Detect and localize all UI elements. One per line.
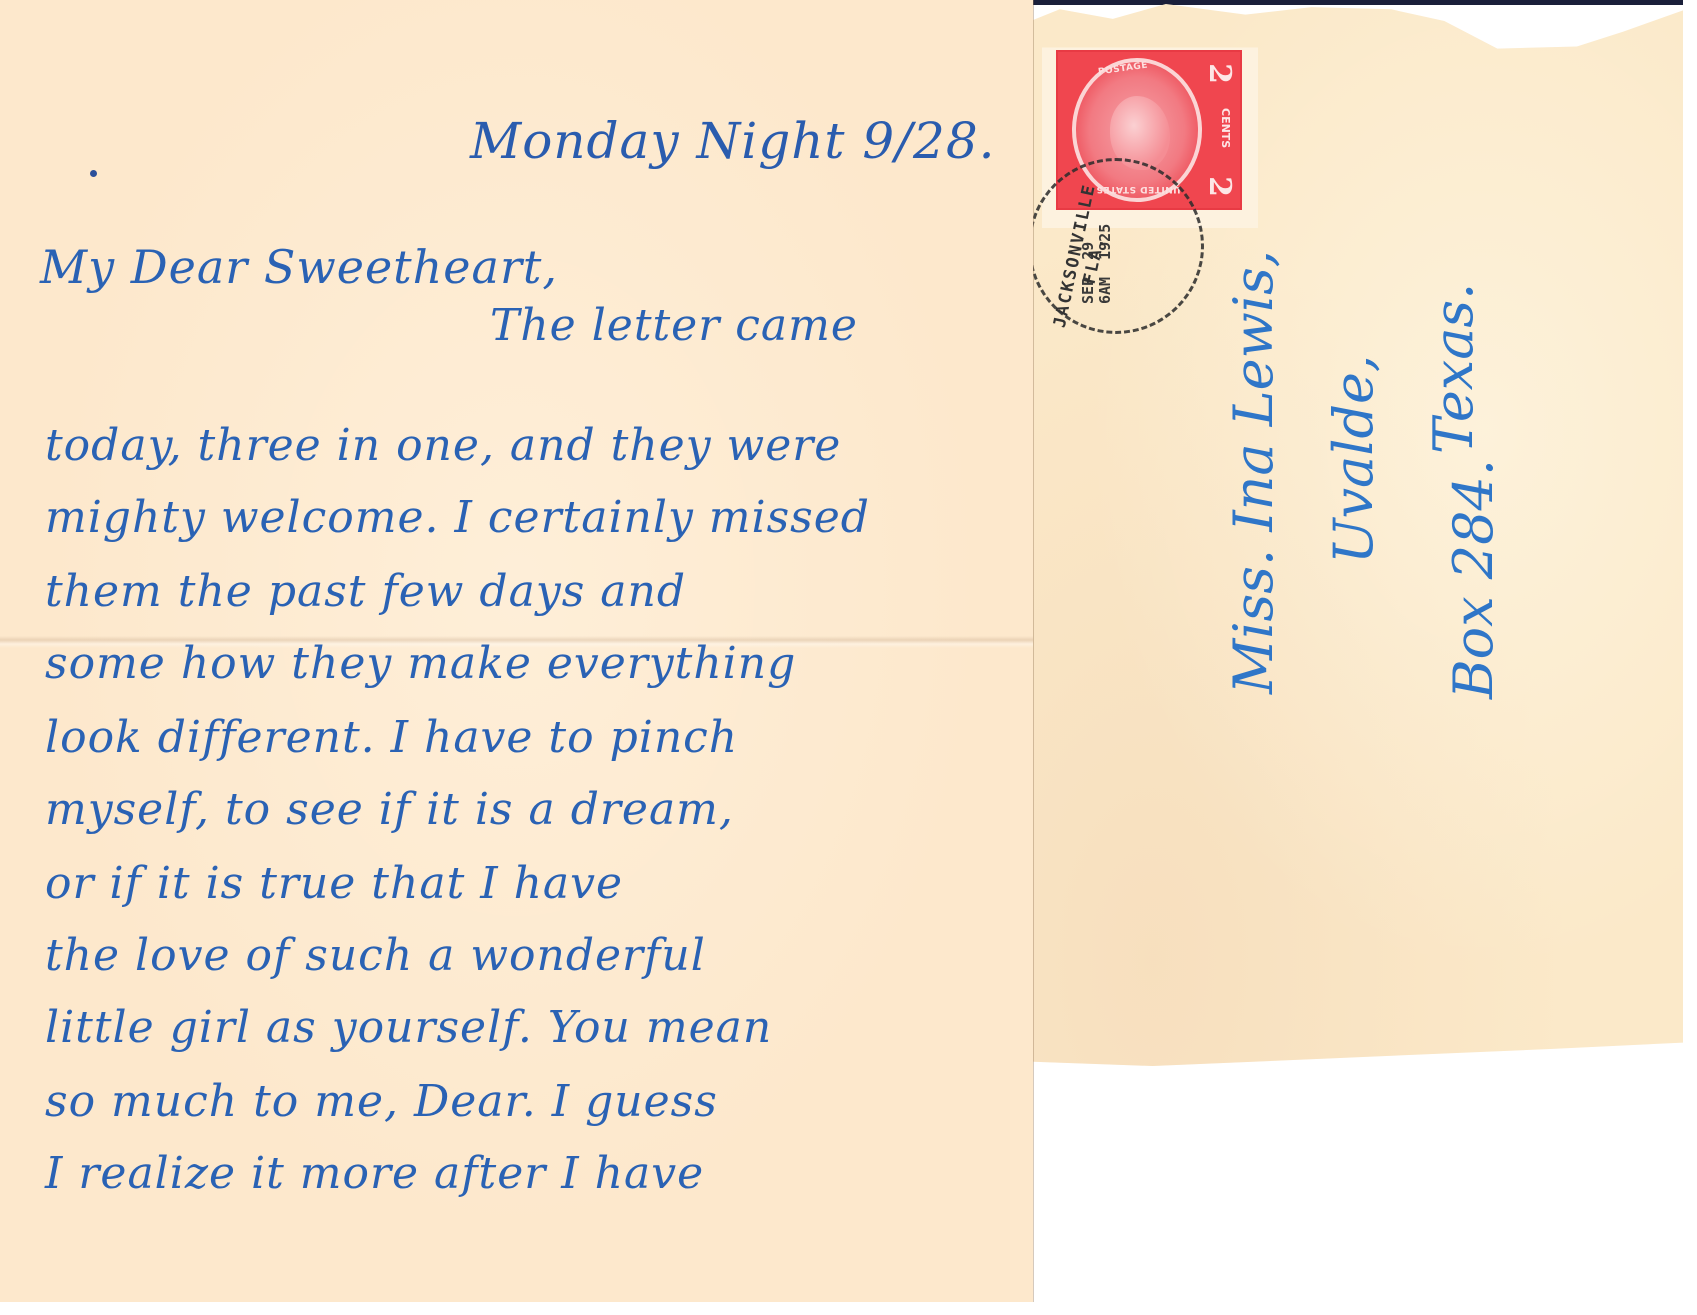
letter-line: or if it is true that I have [45, 858, 623, 909]
letter-line: some how they make everything [45, 638, 796, 689]
letter-line: the love of such a wonderful [45, 930, 706, 981]
letter-line: them the past few days and [45, 566, 686, 617]
letter-line: The letter came [490, 300, 858, 351]
stamp-denomination-top: 2 [1202, 63, 1237, 84]
address-box: Box 284. [1442, 459, 1505, 699]
mailing-address: Miss. Ina Lewis, Uvalde, Texas. Box 284. [1212, 154, 1642, 814]
address-city: Uvalde, [1322, 355, 1385, 564]
stamp-cents-label: CENTS [1212, 108, 1232, 158]
letter-line: I realize it more after I have [45, 1148, 704, 1199]
letter-date: Monday Night 9/28. [470, 112, 996, 170]
letter-line: myself, to see if it is a dream, [45, 784, 734, 835]
address-state: Texas. [1422, 283, 1485, 454]
letter-line: today, three in one, and they were [45, 420, 841, 471]
ink-dot [90, 170, 97, 177]
letter-line: so much to me, Dear. I guess [45, 1076, 718, 1127]
letter-line: little girl as yourself. You mean [45, 1002, 772, 1053]
envelope: POSTAGE UNITED STATES 2 CENTS 2 SEP 29 6… [1020, 4, 1683, 1066]
letter-line: look different. I have to pinch [45, 712, 738, 763]
letter-line: mighty welcome. I certainly missed [45, 492, 870, 543]
address-name: Miss. Ina Lewis, [1222, 250, 1285, 694]
letter-page: Monday Night 9/28. My Dear Sweetheart, T… [0, 0, 1033, 1302]
scan-edge [1020, 0, 1683, 5]
letter-salutation: My Dear Sweetheart, [40, 240, 558, 294]
